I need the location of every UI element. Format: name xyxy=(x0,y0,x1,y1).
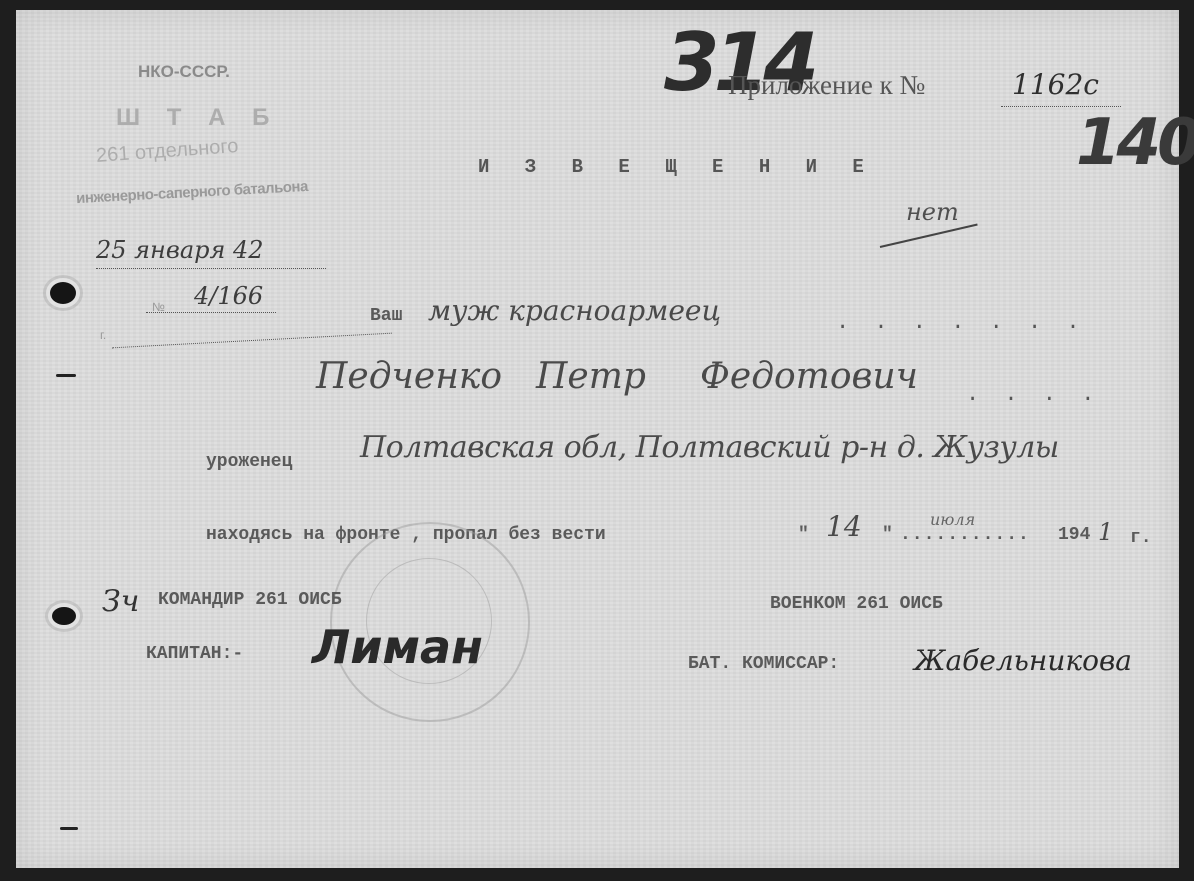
missing-date-year-suffix: 1 xyxy=(1098,518,1113,546)
stamp-nko: НКО-СССР. xyxy=(138,62,230,82)
missing-date-day: 14 xyxy=(826,510,862,543)
fill-dots: . . . . xyxy=(966,382,1100,407)
commissar-label: БАТ. КОМИССАР: xyxy=(688,654,839,674)
signature-prefix: Зч xyxy=(102,584,139,619)
fill-dots: ........... xyxy=(900,525,1030,545)
stamp-number-handwritten: 4/166 xyxy=(194,282,263,310)
attachment-number: 1162с xyxy=(1012,68,1099,101)
stamp-date-handwritten: 25 января 42 xyxy=(96,236,264,264)
punch-hole-bottom xyxy=(52,607,76,625)
number-underline xyxy=(146,312,276,313)
stamp-shtab: Ш Т А Б xyxy=(116,104,279,132)
tear-mark xyxy=(56,374,76,377)
captain-label: КАПИТАН:- xyxy=(146,644,243,664)
stamp-unit: 261 отдельного xyxy=(95,135,239,168)
stamp-battalion: инженерно-саперного батальона xyxy=(76,178,309,207)
tear-mark xyxy=(60,827,78,830)
date-underline xyxy=(96,268,326,269)
stamp-city-prefix: г. xyxy=(100,328,106,342)
commissar-signature: Жабельникова xyxy=(914,644,1132,677)
year-abbrev: г. xyxy=(1130,528,1152,548)
commissar-title: ВОЕНКОМ 261 ОИСБ xyxy=(770,594,943,614)
name-patronymic: Федотович xyxy=(700,356,918,397)
name-surname: Педченко xyxy=(316,356,502,397)
birthplace-value: Полтавская обл, Полтавский р-н д. Жузулы xyxy=(360,430,1059,465)
birthplace-label: уроженец xyxy=(206,452,292,472)
city-underline xyxy=(112,333,392,349)
quote-close: " xyxy=(882,525,893,545)
salutation-label: Ваш xyxy=(370,306,402,326)
commander-title: КОМАНДИР 261 ОИСБ xyxy=(158,590,342,610)
document-paper: НКО-СССР. Ш Т А Б 261 отдельного инженер… xyxy=(16,10,1179,868)
marginal-note-underline xyxy=(880,224,978,248)
missing-date-year-prefix: 194 xyxy=(1058,525,1090,545)
name-first: Петр xyxy=(536,356,646,397)
quote-open: " xyxy=(798,525,809,545)
document-title: И З В Е Щ Е Н И Е xyxy=(478,156,876,178)
punch-hole-top xyxy=(50,282,76,304)
fill-dots: . . . . . . . xyxy=(836,310,1086,335)
marginal-note: нет xyxy=(906,198,959,226)
relation-value: муж красноармеец xyxy=(428,294,721,327)
attachment-label: Приложение к № xyxy=(728,70,925,101)
sheet-number: 140 xyxy=(1076,106,1194,180)
commander-signature: Лиман xyxy=(312,620,483,674)
